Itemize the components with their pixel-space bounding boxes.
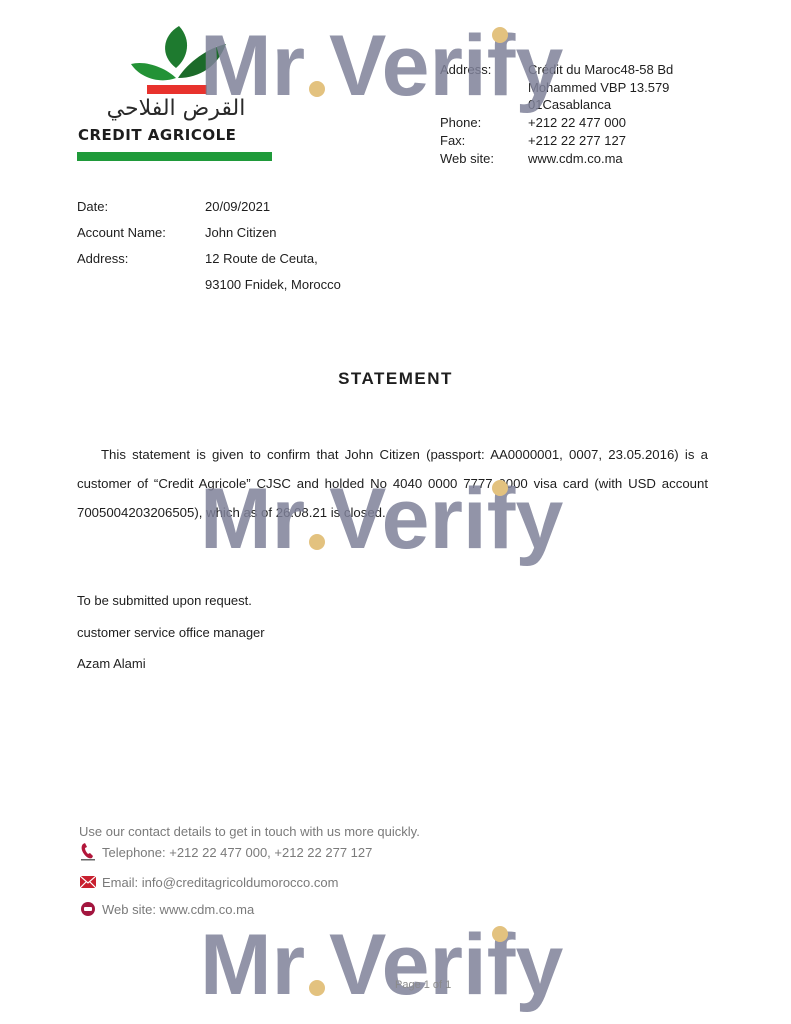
account-name-label: Account Name: [77,225,166,240]
account-name-value: John Citizen [205,225,277,240]
address-line-1: 12 Route de Ceuta, [205,251,318,266]
watermark-bottom: Mr Verify [200,924,600,1004]
leaf-logo-icon [76,22,276,102]
envelope-icon [79,874,97,890]
date-value: 20/09/2021 [205,199,270,214]
footer-website: Web site: www.cdm.co.ma [79,901,254,917]
document-title: STATEMENT [0,369,791,389]
footer-intro: Use our contact details to get in touch … [79,824,420,839]
logo-green-bar [77,152,272,161]
footer-telephone: Telephone: +212 22 477 000, +212 22 277 … [79,844,372,860]
page-number: Page 1 of 1 [395,979,451,991]
statement-body: This statement is given to confirm that … [77,440,708,527]
bank-arabic-name: القرض الفلاحي [78,96,274,121]
globe-icon [79,901,97,917]
signer-name: Azam Alami [77,656,146,671]
closing-line: To be submitted upon request. [77,593,252,608]
phone-icon [79,844,97,860]
date-label: Date: [77,199,108,214]
watermark-text: Mr Verify [200,917,563,1013]
bank-logo: القرض الفلاحي CREDIT AGRICOLE [76,22,276,162]
footer-email: Email: info@creditagricoldumorocco.com [79,874,338,890]
bank-name: CREDIT AGRICOLE [78,126,236,144]
address-line-2: 93100 Fnidek, Morocco [205,277,341,292]
address-label: Address: [77,251,128,266]
signer-title: customer service office manager [77,625,265,640]
